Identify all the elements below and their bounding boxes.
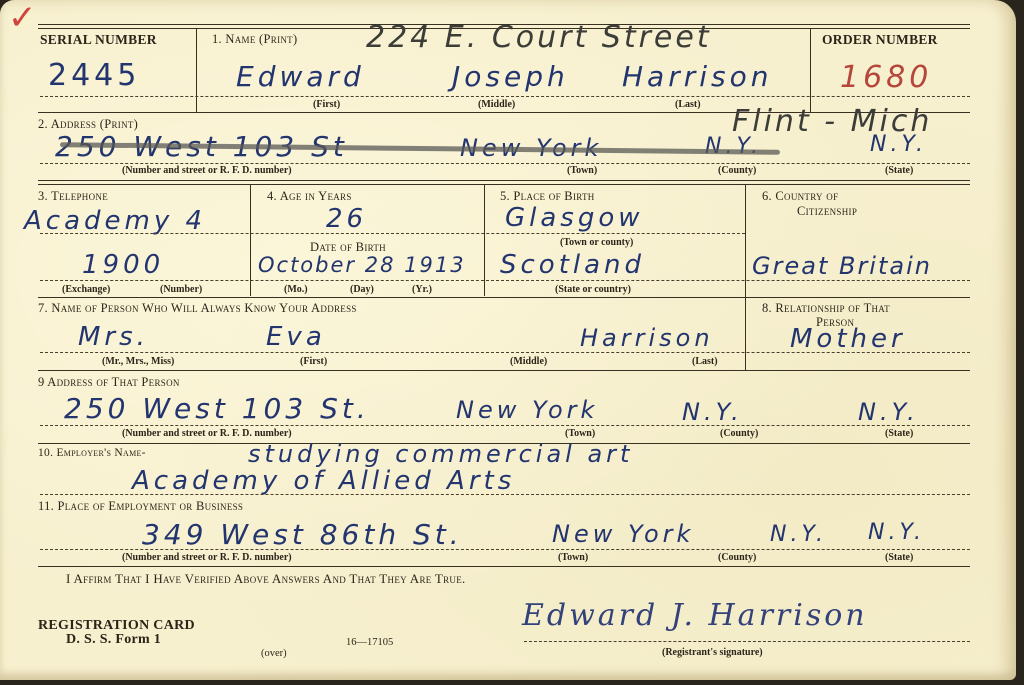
address-street-caption: (Number and street or R. F. D. number) xyxy=(122,165,292,176)
dotted-line xyxy=(40,425,970,426)
form-id: D. S. S. Form 1 xyxy=(66,632,161,648)
employment-state-value: N.Y. xyxy=(868,520,925,545)
dotted-line xyxy=(40,96,970,97)
section-rule-2 xyxy=(38,184,970,185)
name-first-value: Edward xyxy=(236,60,365,93)
contact-address-town-value: New York xyxy=(456,396,598,424)
contact-first-value: Eva xyxy=(266,322,326,352)
employment-county-caption: (County) xyxy=(718,552,756,563)
print-code: 16—17105 xyxy=(346,637,393,648)
dob-month-caption: (Mo.) xyxy=(284,284,308,295)
contact-middle-caption: (Middle) xyxy=(510,356,547,367)
divider xyxy=(196,28,197,112)
place-of-birth-town-caption: (Town or county) xyxy=(560,237,633,248)
dotted-line xyxy=(40,549,970,550)
place-of-birth-country-value: Scotland xyxy=(500,250,645,280)
address-state-caption: (State) xyxy=(885,165,913,176)
age-value: 26 xyxy=(326,204,367,234)
place-of-birth-country-caption: (State or country) xyxy=(555,284,631,295)
order-number-label: ORDER NUMBER xyxy=(822,32,938,48)
contact-address-town-caption: (Town) xyxy=(565,428,595,439)
telephone-exchange-caption: (Exchange) xyxy=(62,284,110,295)
citizenship-value: Great Britain xyxy=(752,252,932,280)
name-last-value: Harrison xyxy=(622,60,772,93)
contact-address-county-value: N.Y. xyxy=(682,398,743,426)
contact-address-county-caption: (County) xyxy=(720,428,758,439)
contact-last-caption: (Last) xyxy=(692,356,718,367)
serial-number-value: 2445 xyxy=(48,58,140,93)
employer-label: 10. Employer's Name- xyxy=(38,447,146,459)
employment-street-caption: (Number and street or R. F. D. number) xyxy=(122,552,292,563)
name-last-caption: (Last) xyxy=(675,99,701,110)
relationship-value: Mother xyxy=(790,324,906,354)
telephone-number-caption: (Number) xyxy=(160,284,202,295)
dotted-line xyxy=(40,163,970,164)
red-check-mark-icon: ✓ xyxy=(8,0,37,38)
employer-line2-value: Academy of Allied Arts xyxy=(132,466,515,496)
contact-person-label: 7. Name of Person Who Will Always Know Y… xyxy=(38,301,357,316)
dotted-line xyxy=(40,233,745,234)
contact-title-caption: (Mr., Mrs., Miss) xyxy=(102,356,174,367)
divider xyxy=(745,184,746,370)
signature-dotted-line xyxy=(524,641,970,642)
section-rule xyxy=(38,297,970,298)
address-town-caption: (Town) xyxy=(567,165,597,176)
registration-card: ✓ SERIAL NUMBER 2445 1. Name (Print) 224… xyxy=(0,0,1016,680)
name-middle-caption: (Middle) xyxy=(478,99,515,110)
place-of-birth-town-value: Glasgow xyxy=(505,203,644,233)
place-of-employment-label: 11. Place of Employment or Business xyxy=(38,499,243,514)
telephone-exchange-value: Academy 4 xyxy=(24,206,206,236)
employment-street-value: 349 West 86th St. xyxy=(142,518,463,551)
telephone-label: 3. Telephone xyxy=(38,189,108,204)
employment-town-value: New York xyxy=(552,520,694,548)
name-middle-value: Joseph xyxy=(452,60,569,93)
serial-number-label: SERIAL NUMBER xyxy=(40,32,157,48)
section-rule xyxy=(38,180,970,181)
order-number-value: 1680 xyxy=(840,60,932,95)
pencil-annotation-flint-mich: Flint - Mich xyxy=(732,104,932,139)
contact-last-value: Harrison xyxy=(580,324,714,352)
divider xyxy=(810,28,811,112)
place-of-birth-label: 5. Place of Birth xyxy=(500,189,595,204)
name-first-caption: (First) xyxy=(313,99,340,110)
date-of-birth-value: October 28 1913 xyxy=(258,253,466,277)
relationship-label: 8. Relationship of That xyxy=(762,301,890,316)
dob-year-caption: (Yr.) xyxy=(412,284,432,295)
contact-address-street-caption: (Number and street or R. F. D. number) xyxy=(122,428,292,439)
registrant-signature: Edward J. Harrison xyxy=(522,598,868,633)
employment-county-value: N.Y. xyxy=(770,522,827,547)
contact-address-state-value: N.Y. xyxy=(858,398,919,426)
signature-caption: (Registrant's signature) xyxy=(662,647,763,658)
employment-town-caption: (Town) xyxy=(558,552,588,563)
employment-state-caption: (State) xyxy=(885,552,913,563)
pencil-annotation-court-street: 224 E. Court Street xyxy=(366,20,712,55)
dob-day-caption: (Day) xyxy=(350,284,374,295)
over-note: (over) xyxy=(261,648,287,659)
telephone-number-value: 1900 xyxy=(82,250,164,280)
section-rule xyxy=(38,370,970,371)
contact-first-caption: (First) xyxy=(300,356,327,367)
citizenship-label: 6. Country of xyxy=(762,189,838,204)
section-rule xyxy=(38,566,970,567)
citizenship-label-2: Citizenship xyxy=(797,204,857,219)
age-label: 4. Age in Years xyxy=(267,189,352,204)
contact-title-value: Mrs. xyxy=(78,322,149,352)
affirmation-text: I Affirm That I Have Verified Above Answ… xyxy=(66,571,466,587)
contact-address-label: 9 Address of That Person xyxy=(38,375,180,390)
address-county-caption: (County) xyxy=(718,165,756,176)
contact-address-state-caption: (State) xyxy=(885,428,913,439)
dotted-line xyxy=(40,494,970,495)
employer-line1-value: studying commercial art xyxy=(248,440,633,468)
dotted-line xyxy=(40,280,970,281)
contact-address-street-value: 250 West 103 St. xyxy=(64,392,370,425)
name-label: 1. Name (Print) xyxy=(212,32,297,47)
